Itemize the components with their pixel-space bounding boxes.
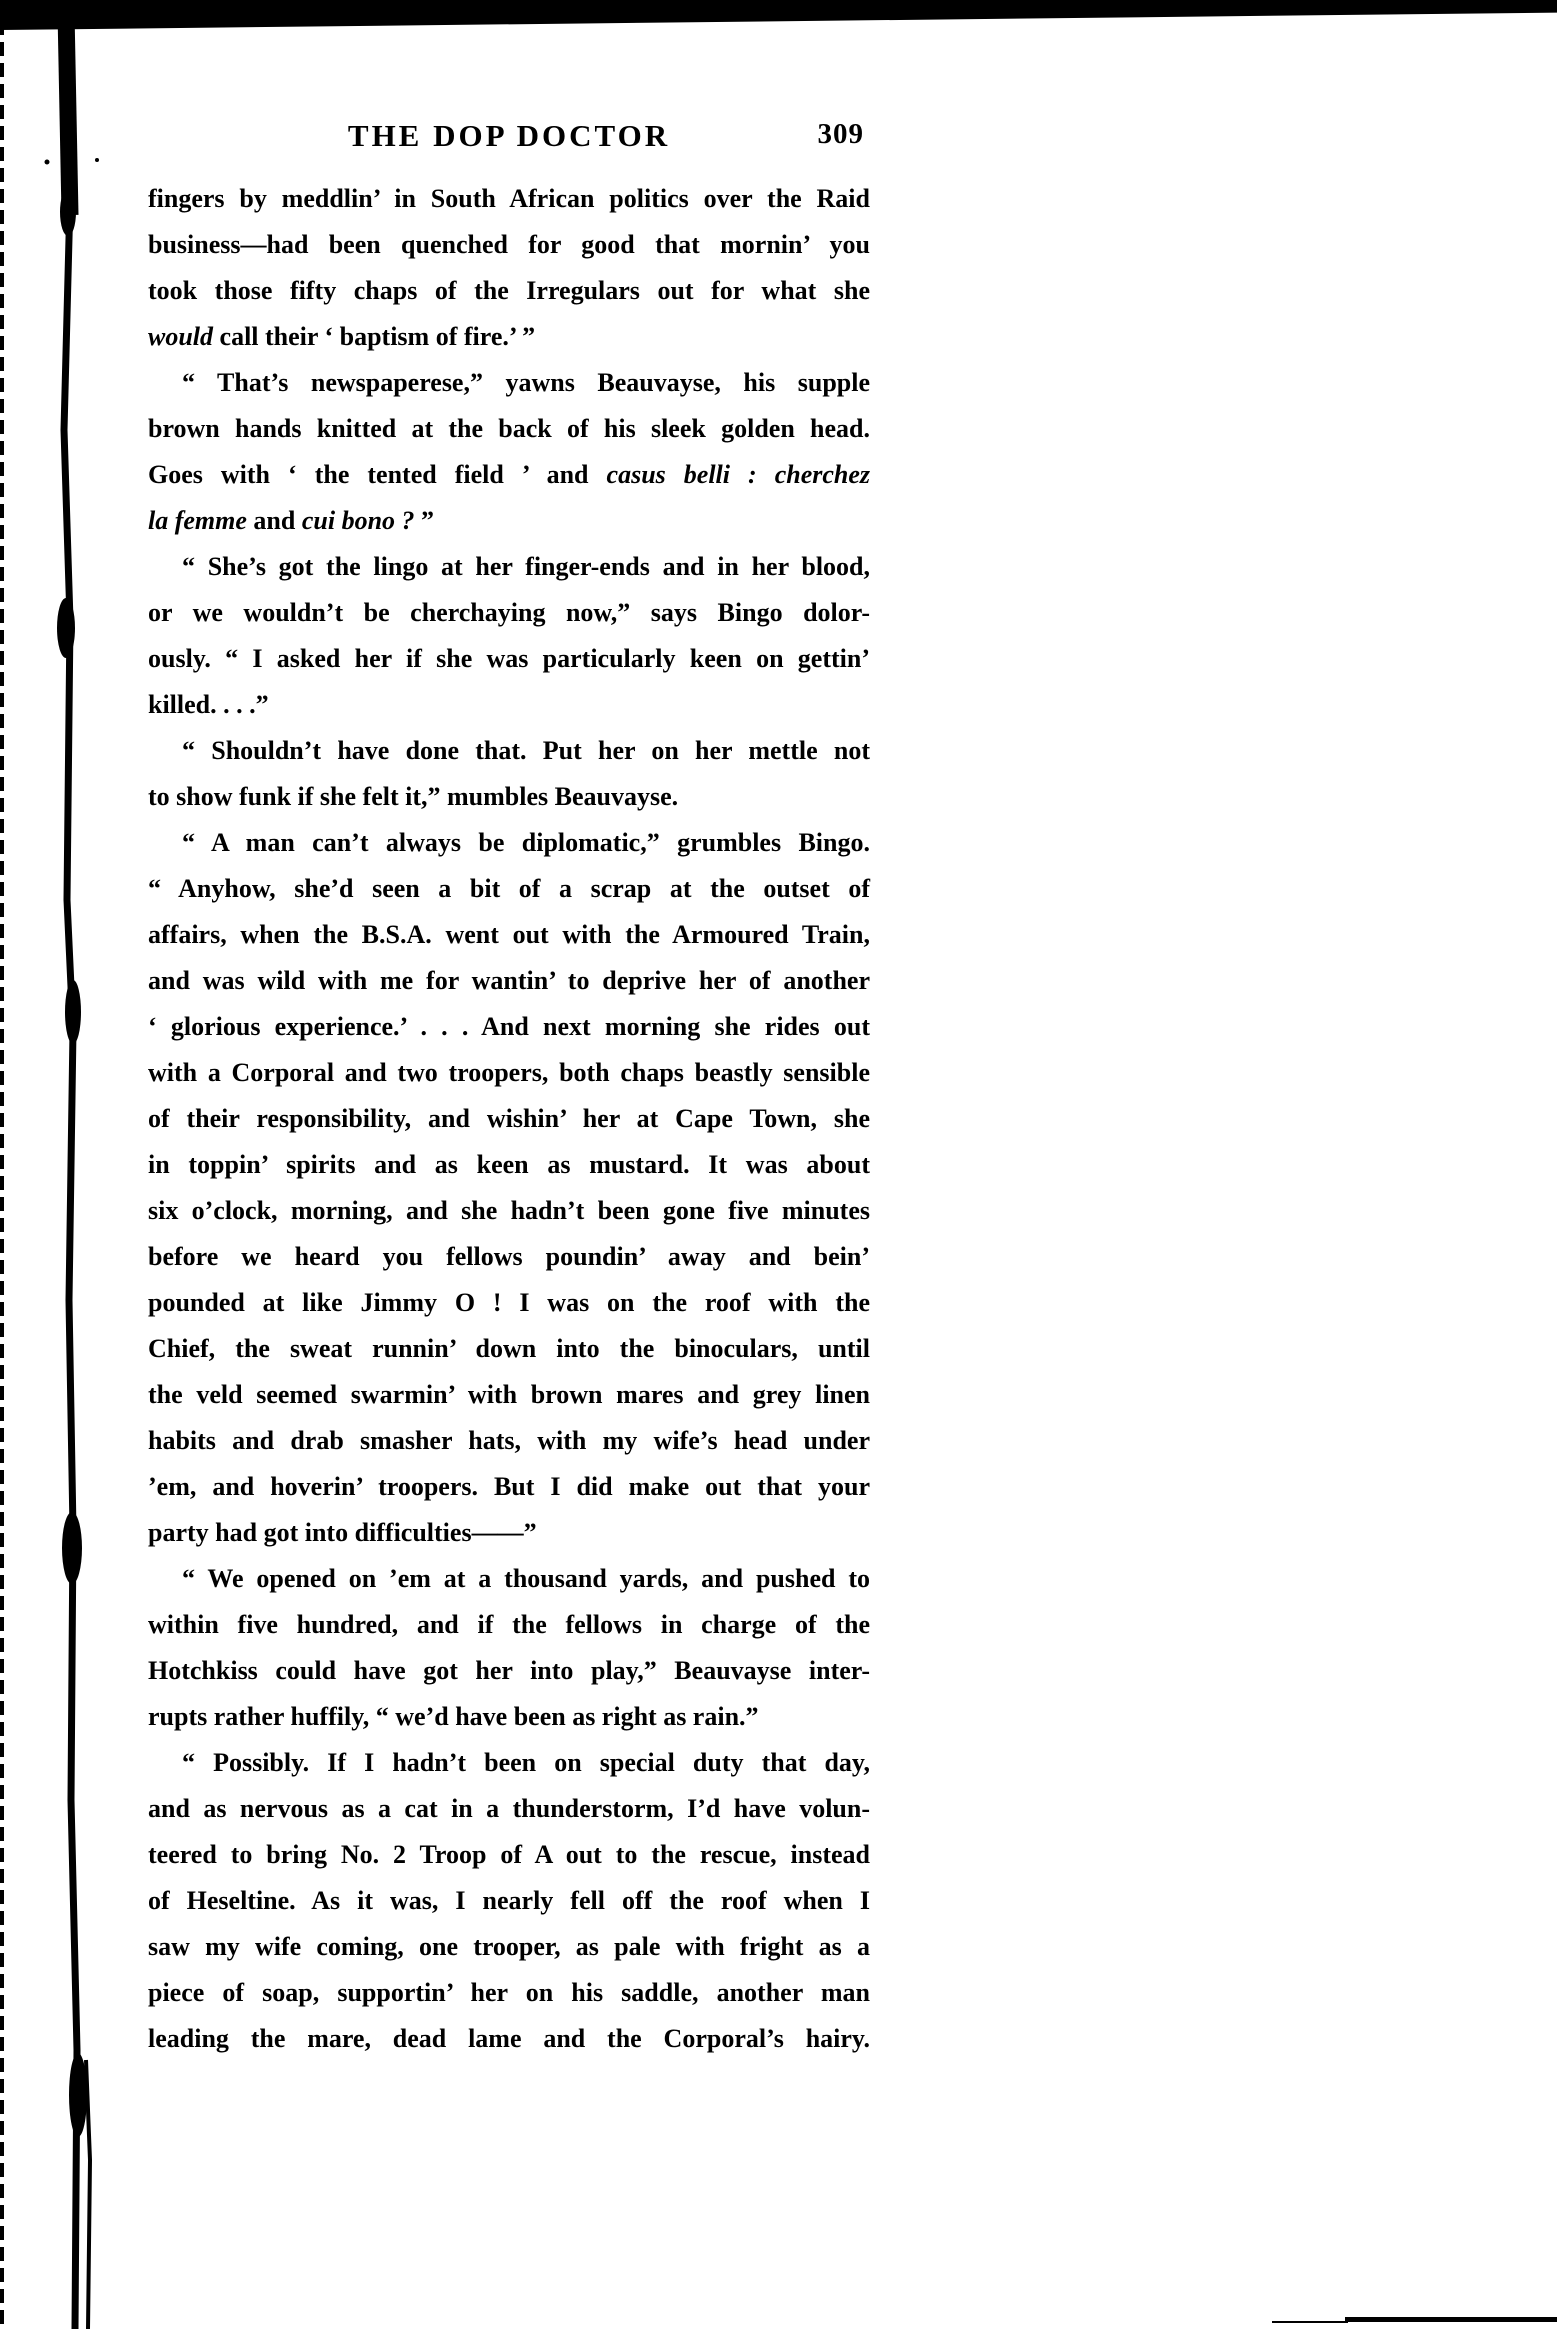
text-line: brown hands knitted at the back of his s… [148, 406, 870, 452]
text-line: “ Possibly. If I hadn’t been on special … [148, 1740, 870, 1786]
text-line: killed. . . .” [148, 682, 870, 728]
scan-bottom-edge-artifact [1345, 2317, 1557, 2322]
page-number: 309 [818, 118, 865, 151]
text-line: would call their ‘ baptism of fire.’ ” [148, 314, 870, 360]
text-line: fingers by meddlin’ in South African pol… [148, 176, 870, 222]
text-line: leading the mare, dead lame and the Corp… [148, 2016, 870, 2062]
text-line: rupts rather huffily, “ we’d have been a… [148, 1694, 870, 1740]
text-line: in toppin’ spirits and as keen as mustar… [148, 1142, 870, 1188]
text-line: “ Shouldn’t have done that. Put her on h… [148, 728, 870, 774]
text-line: “ Anyhow, she’d seen a bit of a scrap at… [148, 866, 870, 912]
text-line: affairs, when the B.S.A. went out with t… [148, 912, 870, 958]
text-line: ’em, and hoverin’ troopers. But I did ma… [148, 1464, 870, 1510]
binding-crease-artifact [0, 0, 170, 2329]
text-line: “ That’s newspaperese,” yawns Beauvayse,… [148, 360, 870, 406]
text-line: la femme and cui bono ? ” [148, 498, 870, 544]
text-line: pounded at like Jimmy O ! I was on the r… [148, 1280, 870, 1326]
text-line: Goes with ‘ the tented field ’ and casus… [148, 452, 870, 498]
text-line: “ We opened on ’em at a thousand yards, … [148, 1556, 870, 1602]
text-line: party had got into difficulties——” [148, 1510, 870, 1556]
text-line: within five hundred, and if the fellows … [148, 1602, 870, 1648]
page-header: THE DOP DOCTOR 309 [148, 118, 870, 164]
text-line: business—had been quenched for good that… [148, 222, 870, 268]
scan-top-edge-artifact [0, 0, 1557, 30]
text-line: and as nervous as a cat in a thunderstor… [148, 1786, 870, 1832]
text-line: with a Corporal and two troopers, both c… [148, 1050, 870, 1096]
text-line: Hotchkiss could have got her into play,”… [148, 1648, 870, 1694]
text-line: habits and drab smasher hats, with my wi… [148, 1418, 870, 1464]
text-line: piece of soap, supportin’ her on his sad… [148, 1970, 870, 2016]
text-line: ‘ glorious experience.’ . . . And next m… [148, 1004, 870, 1050]
text-line: before we heard you fellows poundin’ awa… [148, 1234, 870, 1280]
text-line: and was wild with me for wantin’ to depr… [148, 958, 870, 1004]
text-line: saw my wife coming, one trooper, as pale… [148, 1924, 870, 1970]
scan-bottom-edge-artifact-2 [1272, 2321, 1348, 2323]
text-line: of Heseltine. As it was, I nearly fell o… [148, 1878, 870, 1924]
text-line: “ She’s got the lingo at her finger-ends… [148, 544, 870, 590]
text-line: to show funk if she felt it,” mumbles Be… [148, 774, 870, 820]
text-line: teered to bring No. 2 Troop of A out to … [148, 1832, 870, 1878]
text-line: took those fifty chaps of the Irregulars… [148, 268, 870, 314]
text-line: “ A man can’t always be diplomatic,” gru… [148, 820, 870, 866]
scanned-book-page: THE DOP DOCTOR 309 fingers by meddlin’ i… [0, 0, 1557, 2329]
text-line: or we wouldn’t be cherchaying now,” says… [148, 590, 870, 636]
text-line: Chief, the sweat runnin’ down into the b… [148, 1326, 870, 1372]
text-line: ously. “ I asked her if she was particul… [148, 636, 870, 682]
text-line: six o’clock, morning, and she hadn’t bee… [148, 1188, 870, 1234]
text-line: of their responsibility, and wishin’ her… [148, 1096, 870, 1142]
body-text: fingers by meddlin’ in South African pol… [148, 176, 870, 2062]
text-line: the veld seemed swarmin’ with brown mare… [148, 1372, 870, 1418]
running-title: THE DOP DOCTOR [148, 118, 870, 154]
